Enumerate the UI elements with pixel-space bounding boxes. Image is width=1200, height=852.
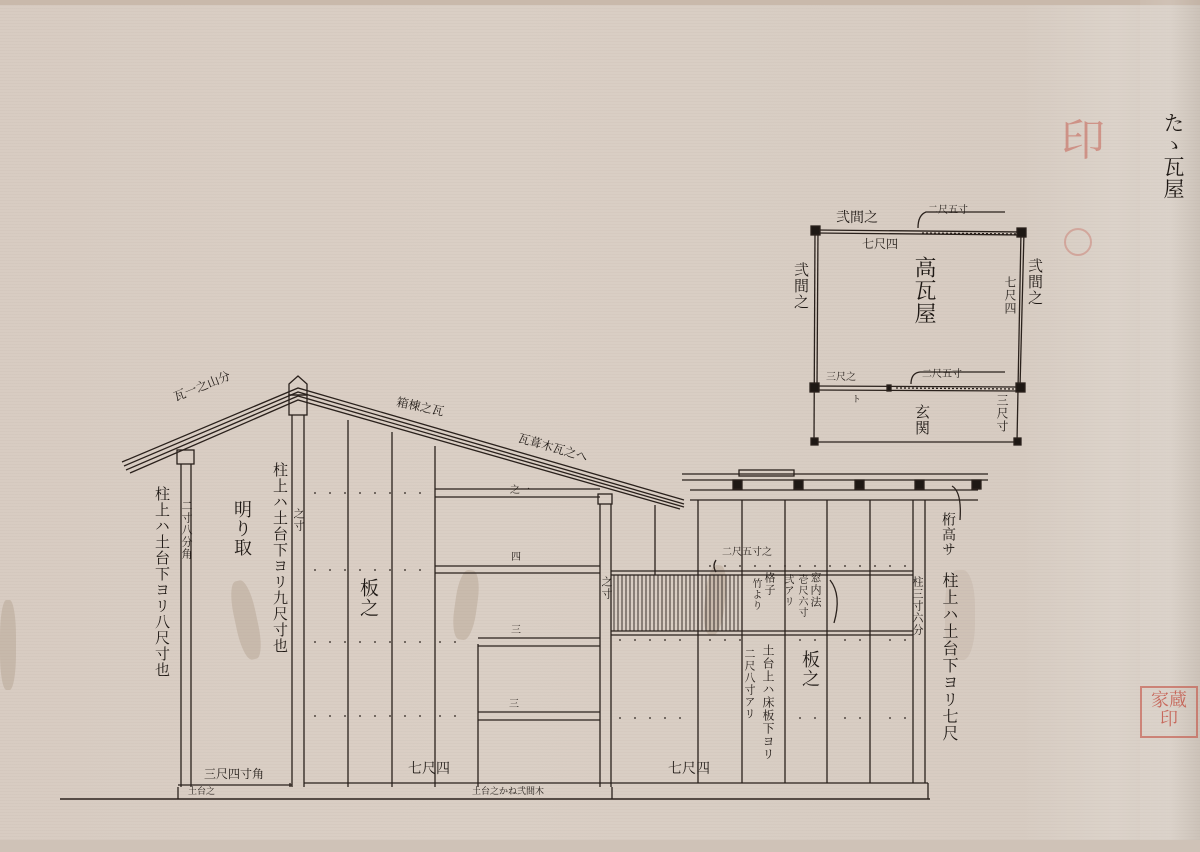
- sill-center-label: 七尺四: [408, 762, 450, 776]
- lattice-label-1: 格子: [764, 572, 775, 596]
- shed-elevation: [611, 470, 988, 783]
- window-mark-1: 四: [511, 553, 521, 563]
- lattice-label-2: 窓内法: [810, 572, 821, 608]
- plan-entrance-label: 玄関: [914, 404, 929, 436]
- plan-small-mark: ト: [852, 396, 861, 405]
- center-post-small: 之寸: [293, 508, 304, 532]
- plan-lower-right-dimension: 三尺寸: [996, 394, 1008, 433]
- plan-lower-left-note: 三尺之: [826, 373, 856, 383]
- sill-left-lower: 土台之: [188, 788, 215, 797]
- plan-top-dimension: 七尺四: [862, 238, 898, 250]
- main-wall-label: 板之: [358, 578, 377, 618]
- collector-seal-upper: 印: [1060, 100, 1106, 182]
- plan-top-left-label: 弐間之: [836, 211, 878, 225]
- collector-seal-lower: 家蔵 印: [1140, 686, 1198, 738]
- shed-wall-label: 板之: [800, 650, 818, 688]
- plan-lower-center-note: 二尺五寸: [922, 370, 962, 380]
- lattice-label-2c: 弐アリ: [782, 574, 792, 607]
- shed-top-note: 二尺五寸之: [722, 548, 772, 558]
- beam-mark: 之一: [510, 486, 530, 496]
- center-post-label: 柱上ハ土台下ヨリ九尺寸也: [272, 462, 287, 654]
- plan-right-dimension: 七尺四: [1004, 276, 1016, 315]
- shed-post-label: 土台上ハ床板下ヨリ: [762, 644, 774, 761]
- plan-center-label: 高瓦屋: [912, 256, 934, 325]
- lattice-window: [614, 575, 742, 631]
- lattice-label-2b: 壱尺六寸: [796, 574, 806, 618]
- left-wall-label: 明り取: [232, 500, 250, 557]
- post-right-small: 之寸: [601, 576, 612, 600]
- left-post-label-outer: 柱上ハ土台下ヨリ八尺寸也: [154, 486, 169, 678]
- lattice-label-1b: 竹より: [750, 578, 760, 611]
- shed-sill-label: 七尺四: [668, 762, 710, 776]
- plan-right-label: 弐間之: [1027, 258, 1042, 306]
- far-right-label-top: 桁高サ: [941, 512, 955, 557]
- far-right-label: 柱上ハ土台下ヨリ七尺: [941, 572, 957, 742]
- plan-top-note: 二尺五寸: [928, 206, 968, 216]
- right-post-label: 柱三寸六分: [912, 576, 923, 636]
- shed-post-label2: 二尺八寸アリ: [744, 648, 755, 720]
- sill-center-lower: 土台之かね弐間木: [472, 788, 544, 797]
- drawing-sheet: たゝ瓦屋 印 家蔵 印 弐間之 七尺四 二尺五寸 高瓦屋 弐間之 弐間之 七尺四…: [0, 0, 1200, 852]
- sill-left-label: 三尺四寸角: [204, 768, 264, 780]
- window-mark-3: 三: [509, 700, 519, 710]
- document-title: たゝ瓦屋: [1162, 112, 1183, 200]
- plan-left-label: 弐間之: [793, 262, 808, 310]
- collector-seal-round: [1064, 228, 1092, 256]
- left-post-label-inner: 二寸八分角: [181, 500, 192, 560]
- window-mark-2: 三: [511, 626, 521, 636]
- architectural-drawing: [0, 0, 1200, 852]
